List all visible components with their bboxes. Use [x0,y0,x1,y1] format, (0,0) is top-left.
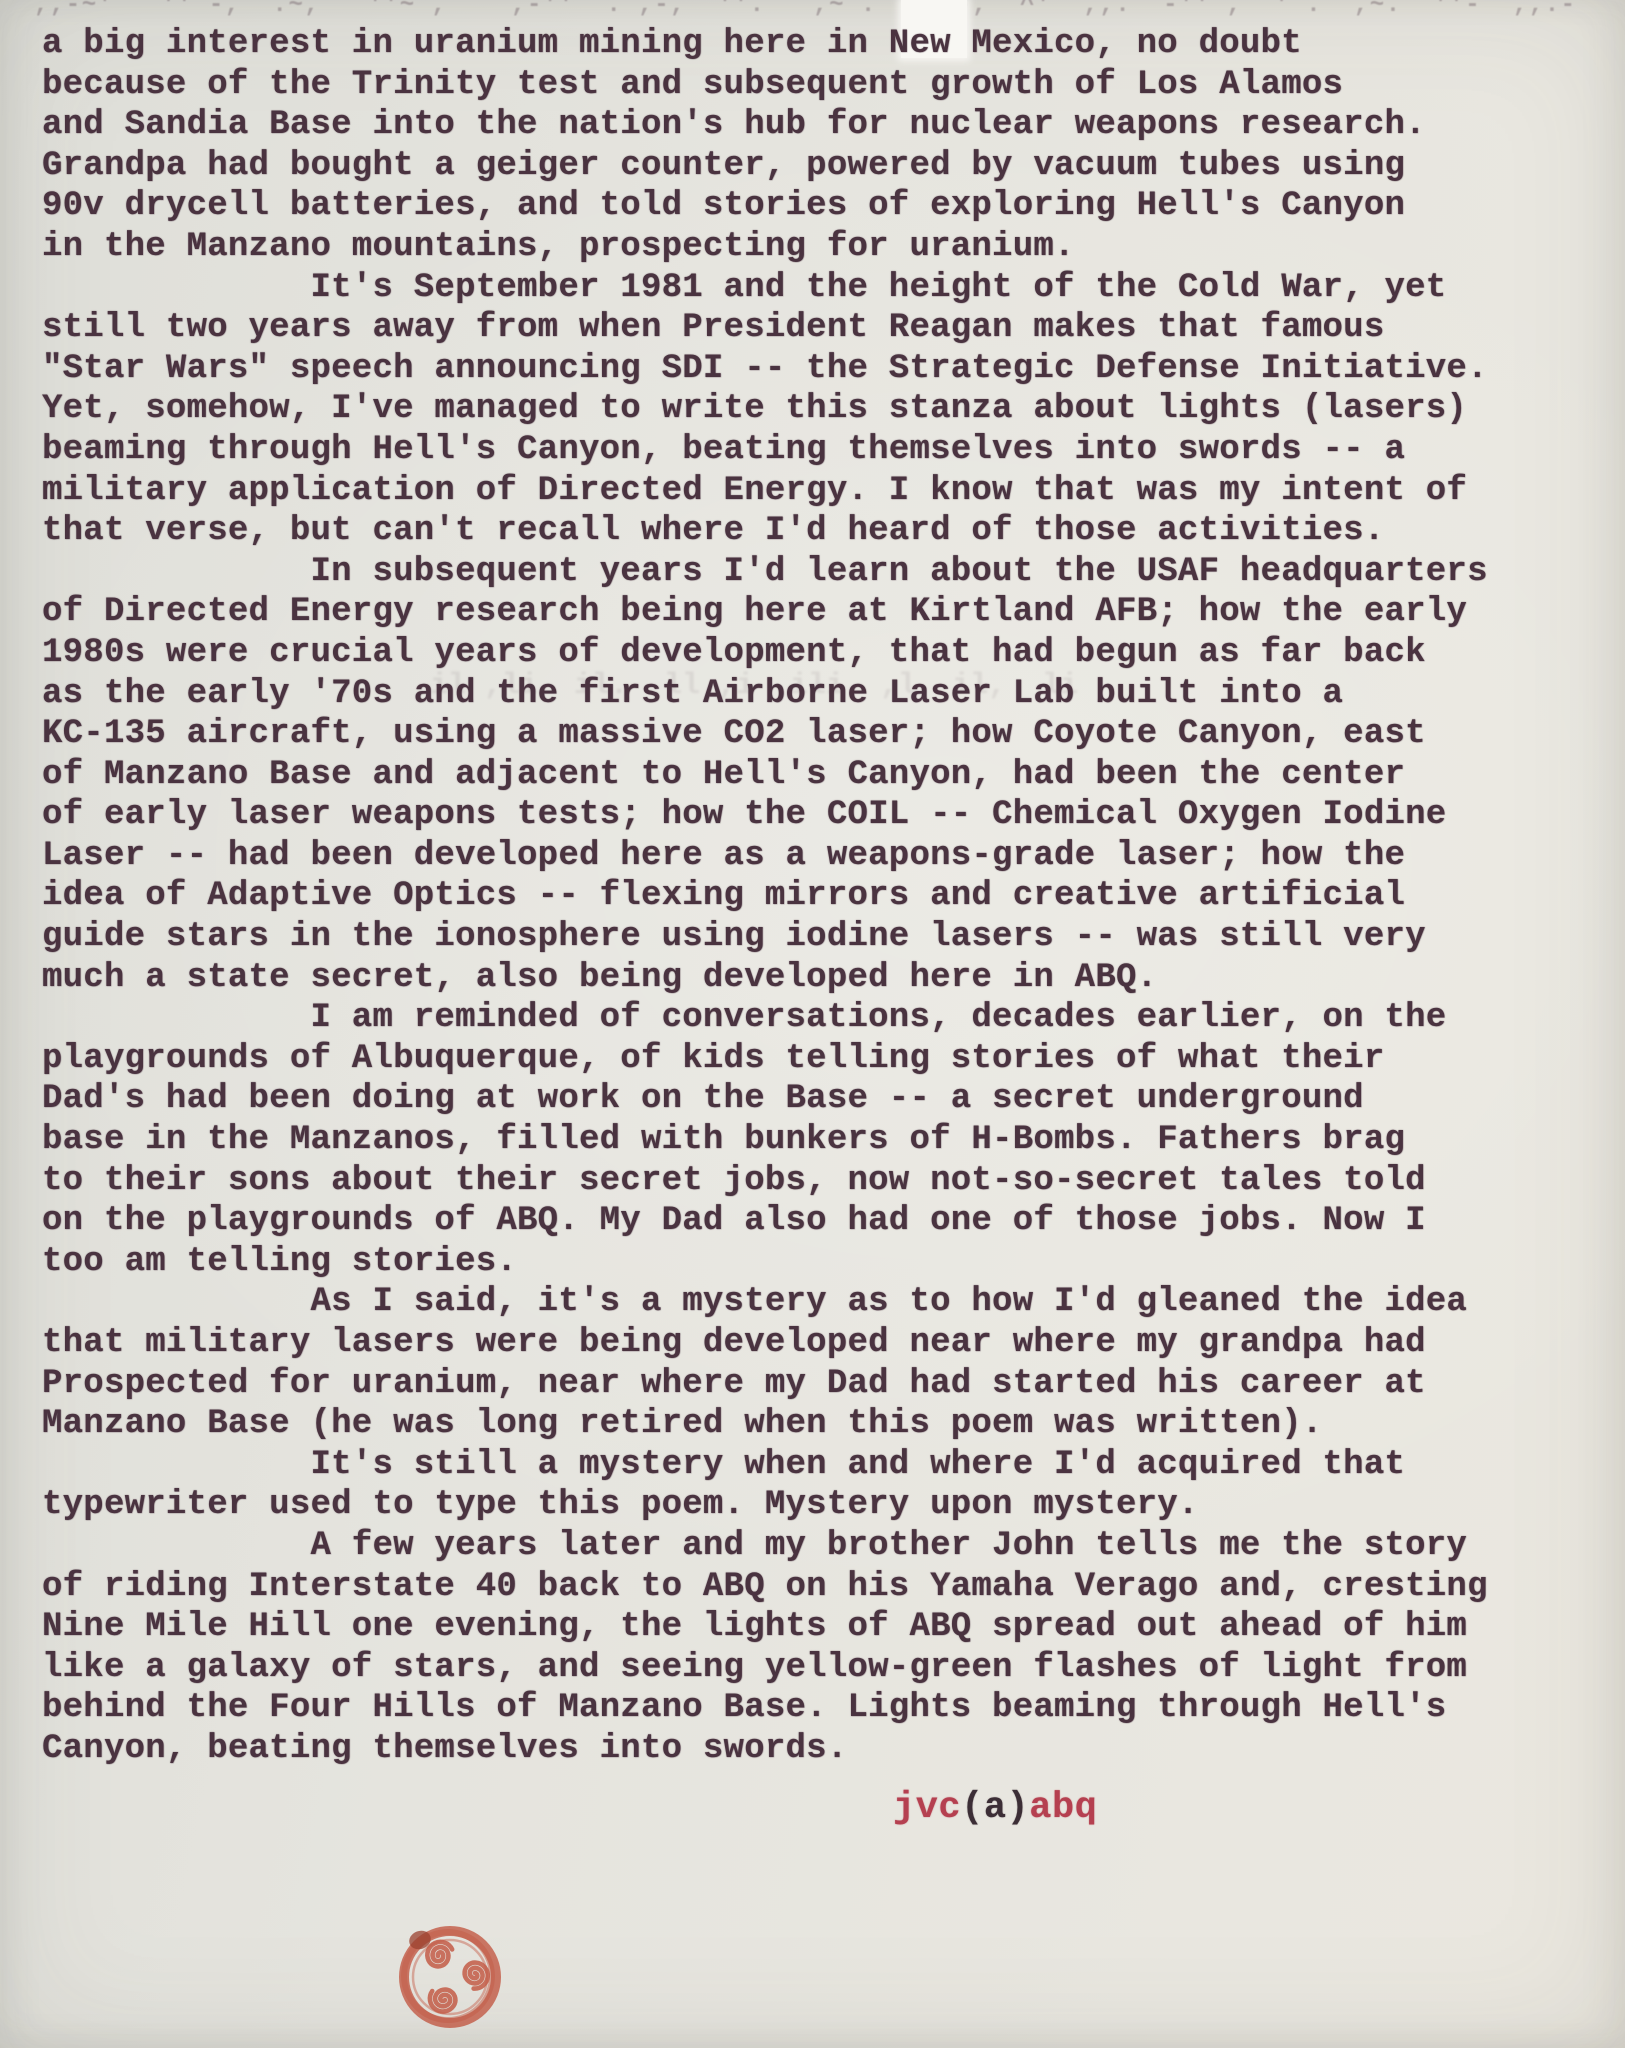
triple-spiral-seal-icon [394,1924,506,2032]
signature-jvc: jvc [893,1787,961,1829]
signature-at: (a) [961,1787,1029,1829]
letter-page: ,,-~' '' -, .~, ''~ , ,-'' . ,-, ''. ,~ … [0,0,1625,2048]
signature-abq: abq [1029,1787,1097,1829]
signature-line: jvc(a)abq [893,1788,1097,1828]
top-edge-cutoff-text-fragments: ,,-~' '' -, .~, ''~ , ,-'' . ,-, ''. ,~ … [34,0,1594,18]
typed-body-text: a big interest in uranium mining here in… [42,24,1488,1770]
